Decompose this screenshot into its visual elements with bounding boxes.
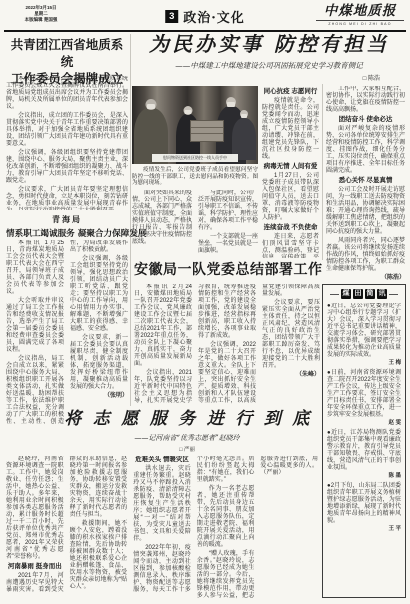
- main-crosshead: 连续奋战 不负使命: [262, 224, 319, 232]
- main-paragraph: 面对严峻复杂的疫情形势，公司各单位统筹安排生产经营和疫情防控工作，科学调度、挂图…: [326, 126, 405, 175]
- briefs-ornament: [330, 294, 339, 295]
- main-paragraph: 连日来，志愿者们顶风冒雪坚守卡点，测温验码、登记信息、宣传政策，平均每天工作十余…: [262, 234, 319, 258]
- vol-paragraph: 洪水退去，灾后重建任务繁重。赵晓玲又马不停蹄投入消杀防疫、清淤清障志愿服务，帮助…: [133, 466, 191, 543]
- ah-signature: （朱峰）: [262, 372, 320, 379]
- main-paragraph: 1月27日，公司党委班子成员带队深入包保社区，看望慰问值守人员，送去口罩、消毒液…: [262, 173, 319, 222]
- briefs-list: ●近日，总公司党委理论学习中心组举行专题学习（扩大）会议，深入学习贯彻习近平总书…: [327, 303, 401, 591]
- jx-paragraph: 会议指出，成立团的工作委员会，是深入贯彻落实党中央关于青年工作重要决策部署的具体…: [6, 113, 128, 148]
- ah-article-body: 本报讯 2月24日，安徽煤田地质局一队召开2022年党委工作会议、党风廉政建设工…: [134, 284, 320, 406]
- ah-headline: 安徽局一队党委总结部署工作: [134, 262, 320, 279]
- photo-box-band: [191, 133, 223, 134]
- main-crosshead: 悉心关怀 尽显真情: [326, 177, 405, 185]
- main-article-header: 为民办实事 防控有担当 ——中煤建工中煤地建设公司巩固拓展党史学习教育侧记 □ …: [132, 33, 406, 82]
- main-body-col4: 工作中，大家相互配合、密切协作，以实际行动践行初心使命，让党旗在疫情防控一线高高…: [326, 86, 405, 280]
- photo-face-mask: [185, 110, 192, 114]
- ah-paragraph: 本报讯 2月24日，安徽煤田地质局一队召开2022年党委工作会议、党风廉政建设工…: [134, 284, 192, 368]
- jx-paragraph: 会议强调，各级团组织要坚持党建带团建，围绕中心、服务大局，聚焦主责主业，深化改革…: [6, 150, 128, 185]
- photo-gift-box: [190, 120, 224, 142]
- masthead-pinyin: ZHONG MEI DI ZHI BAO: [316, 20, 404, 26]
- main-paragraph: 面对突如其来的疫情，公司上下同心、众志成城，各部门严格落实值班值守制度，全面摸排…: [132, 190, 192, 246]
- photo-face-mask: [241, 114, 247, 118]
- qh-paragraph: 会议要求，新一届工会委员会要认真履职尽责，健全制度机制，创新活动载体，拓宽服务渠…: [70, 335, 128, 391]
- photo-face-mask: [227, 102, 235, 107]
- dateline-editor: 本版编辑 楚国强: [8, 17, 74, 23]
- brief-item: ●2月下旬，山东局二队团委组织青年职工开展义务植树暨护绿志愿服务活动，为驻地增添…: [327, 483, 401, 525]
- dateline-block: 2022年3月15日 星期二 本版编辑 楚国强: [8, 5, 74, 23]
- vol-crosshead: 危难关头 情暖灾区: [133, 456, 191, 464]
- vol-headline: 将志愿服务进行到底: [52, 408, 322, 430]
- vol-article-header: 将志愿服务进行到底 ——记河南省“优秀志愿者”赵晓玲 □ 严丽: [52, 408, 322, 453]
- briefs-title-char: 煤: [341, 289, 351, 299]
- photo-face-mask: [147, 104, 155, 109]
- vol-crosshead: 河南暴雨 挺身而出: [6, 563, 64, 571]
- vol-paragraph: 作为一名老志愿者，她还注重传帮带，先后动员身边五十余名同事、朋友加入志愿服务队伍…: [197, 486, 255, 549]
- qh-article-header: 青海局 情系职工竭诚服务 凝聚合力保障发展: [6, 214, 128, 239]
- column-rule-left: [130, 34, 131, 406]
- jx-headline-line1: 共青团江西省地质系统: [6, 36, 128, 70]
- briefs-title: 煤 田 简 讯: [327, 289, 401, 299]
- newspaper-page: 2022年3月15日 星期二 本版编辑 楚国强 3 政治·文化 中煤地质报 ZH…: [0, 0, 410, 604]
- masthead: 中煤地质报 ZHONG MEI DI ZHI BAO: [316, 4, 404, 26]
- brief-signature: 赵 雯: [327, 420, 401, 427]
- qh-kicker: 青海局: [6, 214, 128, 225]
- qh-article-body: 本报讯 1月25日，青海煤炭地质局工会会员代表大会暨职工代表大会在西宁召开，局领…: [6, 240, 128, 430]
- brief-item: ●日前，河南省资源环境调查二院召开2022年度安全生产工作会议，传达上级安全生产…: [327, 370, 401, 419]
- main-body-col3: 同心抗疫 志愿同行 疫情就是命令，防控就是责任。公司党委闻令而动，迅速成立疫情防…: [262, 86, 319, 258]
- photo-box-band: [191, 127, 223, 128]
- column-rule-right: [322, 84, 323, 260]
- section-title: 政治·文化: [183, 7, 245, 26]
- main-paragraph: 一个支部就是一座堡垒，一名党员就是一面旗帜。: [198, 234, 258, 255]
- brief-item: ●近日，总公司党委理论学习中心组举行专题学习（扩大）会议，深入学习贯彻习近平总书…: [327, 303, 401, 359]
- photo-caption: 疫情发生后，公司党委班子成员看望慰问坚守防控一线的干部职工，送去慰问品和防疫物资…: [132, 167, 258, 187]
- briefs-title-char: 田: [353, 289, 363, 299]
- vol-article-body: 赵晓玲，河南省资源环境调查一院职工。工作中，她爱岗敬业、任劳任怨；生活中，她热心…: [6, 456, 318, 600]
- main-paragraph: 疫情就是命令，防控就是责任。公司党委闻令而动，迅速成立疫情防控领导小组，广大党员…: [262, 98, 319, 161]
- vol-byline: □ 严丽: [52, 445, 322, 453]
- news-photo: 慰问物资送到社区防控一线人员手中: [132, 86, 258, 164]
- main-subtitle: ——中煤建工中煤地建设公司巩固拓展党史学习教育侧记: [132, 60, 406, 71]
- jx-paragraph: 本报讯 1月27日，共青团江西省地质系统工作委员会成立大会暨揭牌仪式在南昌举行。…: [6, 76, 128, 111]
- qh-paragraph: 会议强调，各级工会组织要坚持党的领导，强化思想政治引领，团结动员广大职工听党话、…: [70, 256, 128, 333]
- jx-article-body: 本报讯 1月27日，共青团江西省地质系统工作委员会成立大会暨揭牌仪式在南昌举行。…: [6, 76, 128, 210]
- brief-signature: 陈 墨: [327, 473, 401, 480]
- qh-paragraph: 本报讯 1月25日，青海煤炭地质局工会会员代表大会暨职工代表大会在西宁召开，局领…: [6, 240, 64, 296]
- main-paragraph: 与此同时，公司广泛开展防疫知识宣传，引导职工不信谣、不传谣，科学防护、理性应对，…: [198, 190, 258, 232]
- main-headline: 为民办实事 防控有担当: [132, 33, 406, 56]
- main-paragraph: 工作中，大家相互配合、密切协作，以实际行动践行初心使命，让党旗在疫情防控一线高高…: [326, 86, 405, 114]
- main-signature: （陈浩）: [326, 275, 405, 280]
- jx-paragraph: 会议要求，广大团员青年要坚定理想信念，勇担时代使命，立足本职岗位，刻苦钻研业务，…: [6, 187, 128, 210]
- main-byline: □ 陈浩: [132, 73, 406, 82]
- main-crosshead: 同心抗疫 志愿同行: [262, 88, 319, 96]
- qh-signature: （张明）: [70, 393, 128, 400]
- brief-item: ●近日，江苏局物测队党委组织党员干部集中观看廉政警示教育片，教育引导党员干部知敬…: [327, 430, 401, 472]
- photo-caption-text: 疫情发生后，公司党委班子成员看望慰问坚守防控一线的干部职工，送去慰问品和防疫物资…: [132, 167, 258, 187]
- qh-headline: 情系职工竭诚服务 凝聚合力保障发展: [6, 227, 128, 239]
- vol-subtitle: ——记河南省“优秀志愿者”赵晓玲: [52, 433, 322, 443]
- main-body-below-photo: 面对突如其来的疫情，公司上下同心、众志成城，各部门严格落实值班值守制度，全面摸排…: [132, 190, 258, 258]
- main-paragraph: 公司工会及时开展走访慰问，为一线职工送去防疫物资和生活用品，协调解决实际困难；开…: [326, 187, 405, 236]
- brief-signature: 王 梅: [327, 360, 401, 367]
- page-number-badge: 3: [165, 10, 178, 23]
- vol-paragraph: 救援期间，她不顾个人安危，蹚着没膝的积水挨家挨户排查险情，先后协助转移被困群众数…: [70, 521, 128, 591]
- masthead-name: 中煤地质报: [316, 4, 404, 19]
- main-crosshead: 病毒无情 人间有爱: [262, 163, 319, 171]
- briefs-title-char: 讯: [377, 289, 387, 299]
- brief-signature: 王 平: [327, 526, 401, 533]
- main-paragraph: 风雨同舟者兴，同心逐梦者赢。该公司将继续发扬连续作战的作风，慎终如始抓好疫情防控…: [326, 238, 405, 273]
- photo-caption-bar: 慰问物资送到社区防控一线人员手中: [152, 154, 238, 162]
- briefs-title-char: 简: [365, 289, 375, 299]
- vol-paragraph: 赵晓玲，河南省资源环境调查一院职工。工作中，她爱岗敬业、任劳任怨；生活中，她热心…: [6, 456, 64, 561]
- ah-paragraph: 会议要求，要压紧压实全面从严治党主体责任，持之以恒正风肃纪，营造风清气正的良好政…: [262, 300, 320, 370]
- briefs-box: 煤 田 简 讯 ●近日，总公司党委理论学习中心组举行专题学习（扩大）会议，深入学…: [322, 284, 406, 598]
- qh-paragraph: 大会听取并审议通过了局工会工作报告和经费收支情况报告，选举产生了局工会第一届委员…: [6, 298, 64, 354]
- main-crosshead: 团结奋斗 使命必达: [326, 116, 405, 124]
- briefs-ornament: [389, 294, 398, 295]
- section-header: 3 政治·文化: [165, 7, 245, 26]
